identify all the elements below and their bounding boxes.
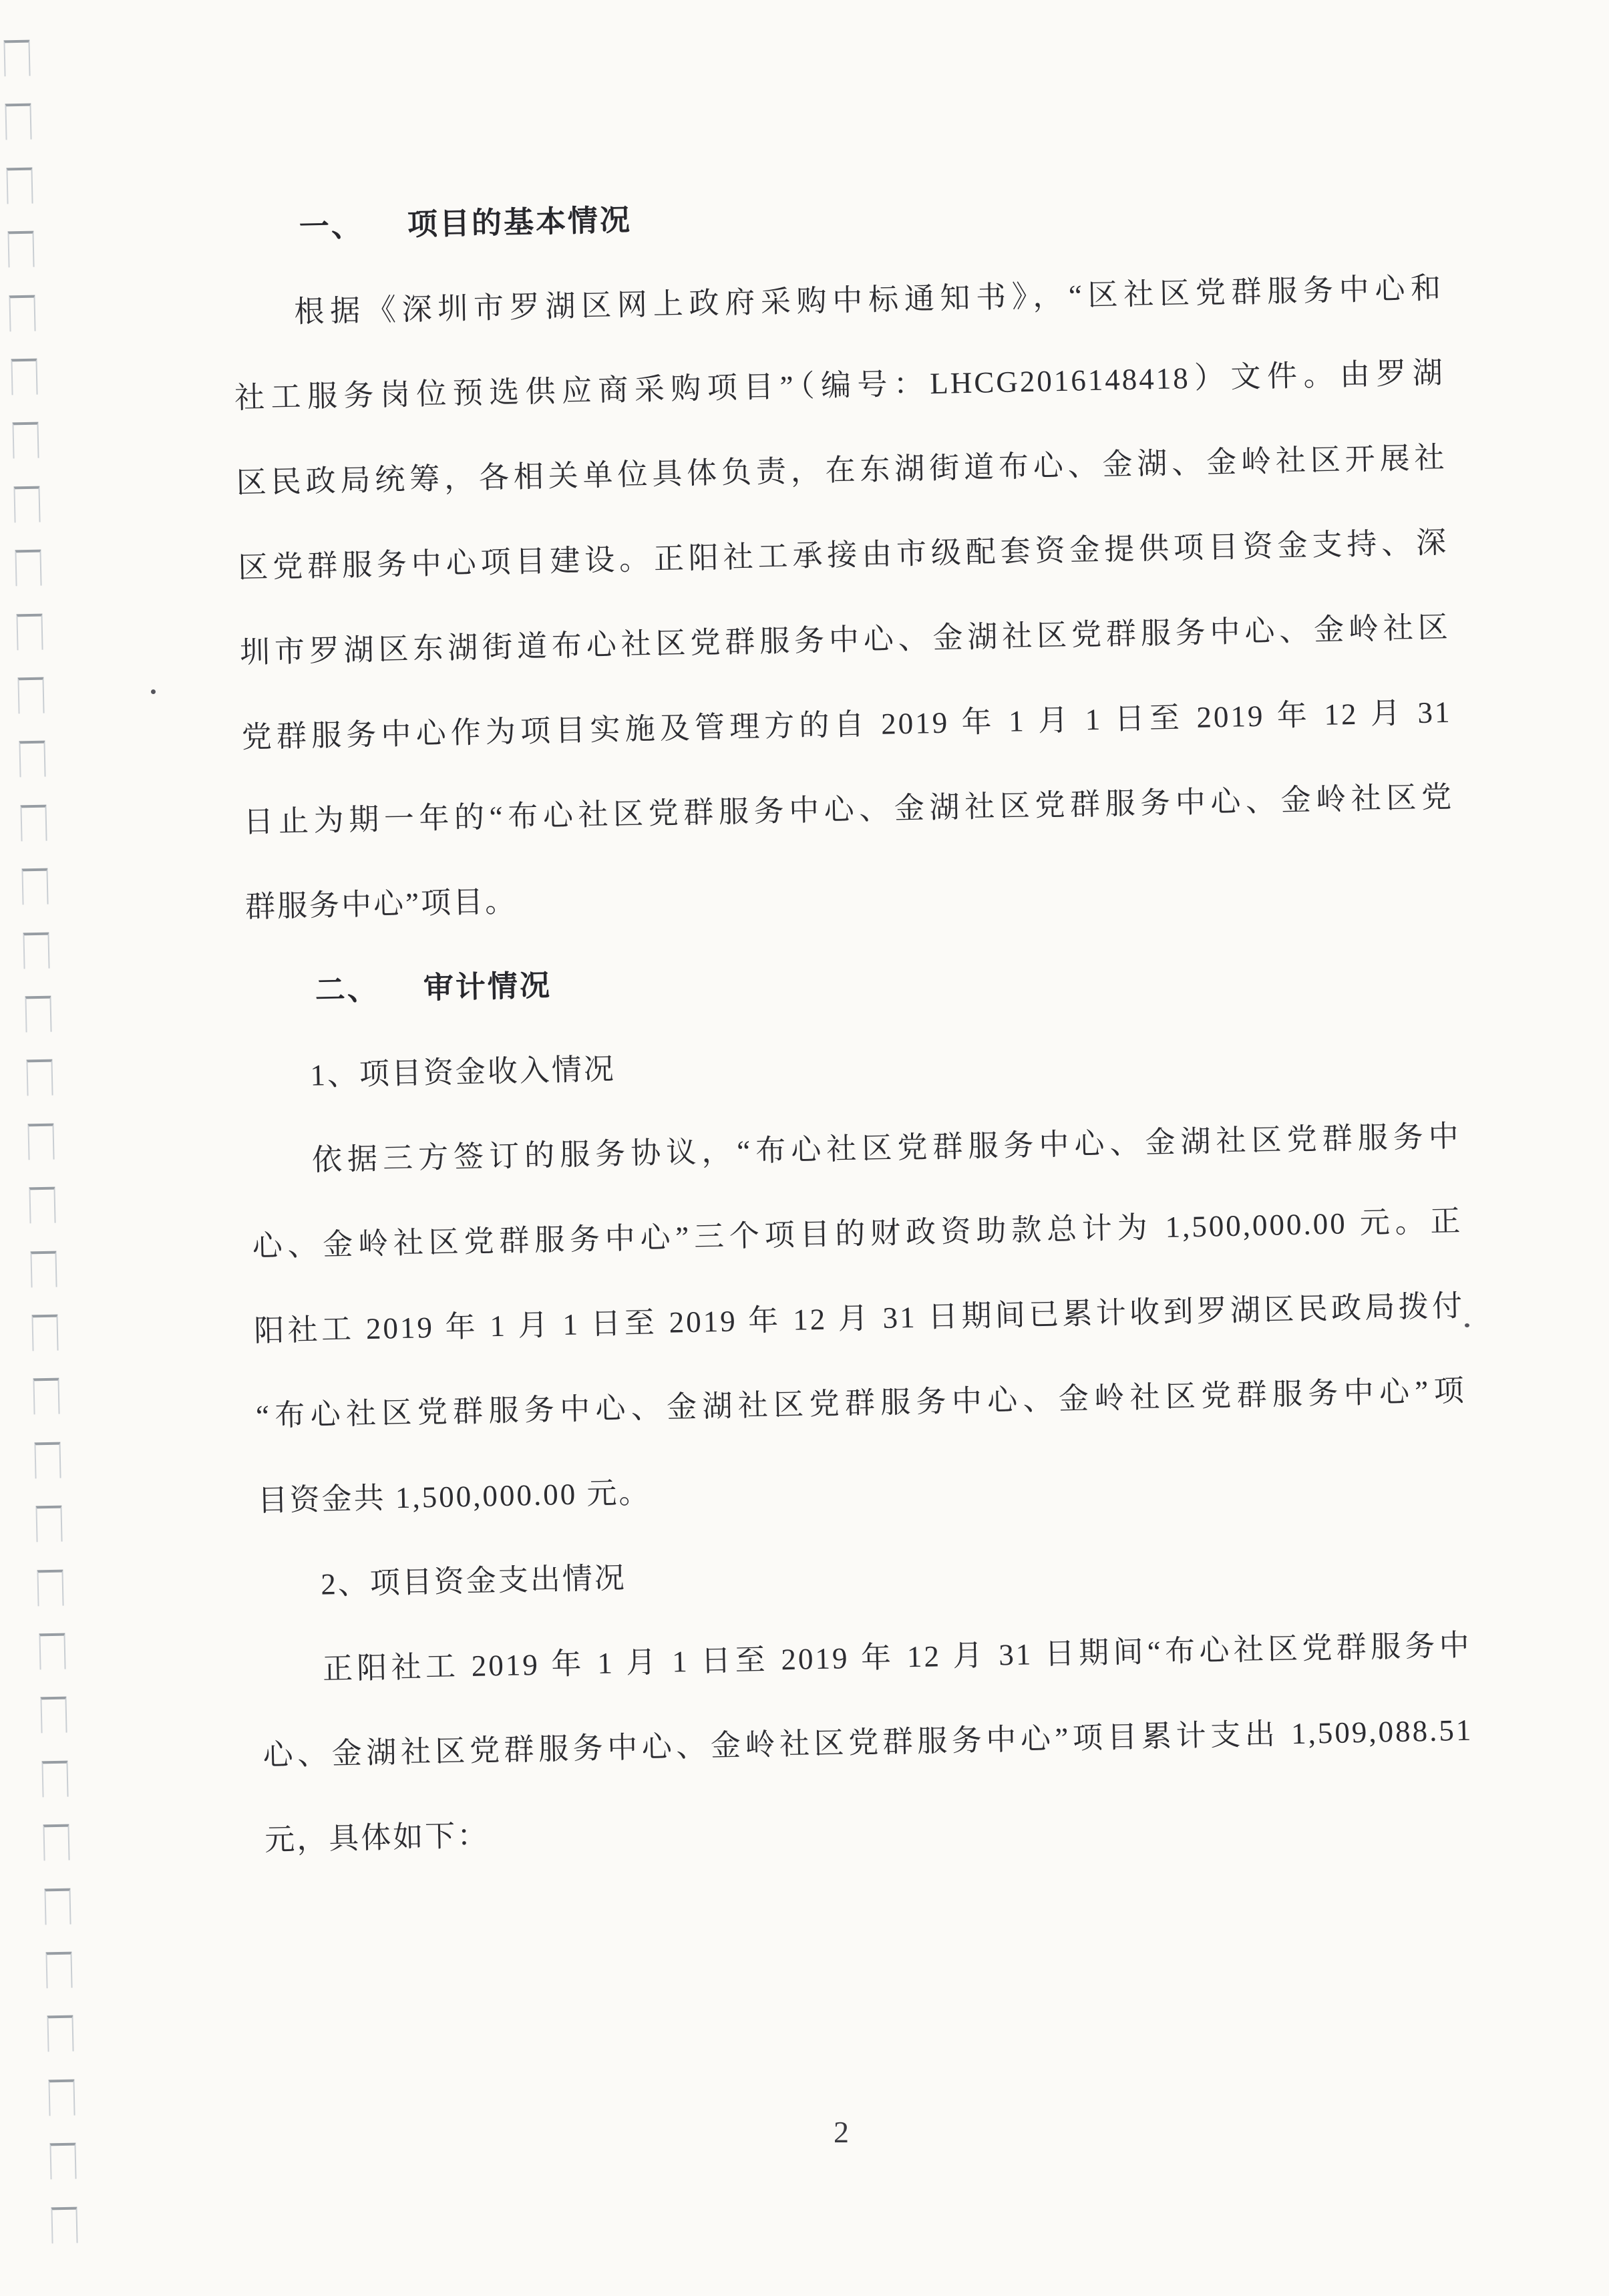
- binding-hole-icon: [12, 422, 39, 459]
- binding-hole-icon: [15, 550, 41, 587]
- binding-hole-icon: [43, 1824, 69, 1861]
- binding-hole-icon: [23, 932, 50, 969]
- document-content: 一、 项目的基本情况 根据《深圳市罗湖区网上政府采购中标通知书》，“区社区党群服…: [230, 176, 1476, 1898]
- document-page: 一、 项目的基本情况 根据《深圳市罗湖区网上政府采购中标通知书》，“区社区党群服…: [0, 0, 1609, 2296]
- heading-title: 审计情况: [423, 969, 552, 1005]
- binding-hole-icon: [19, 741, 46, 778]
- binding-hole-icon: [3, 40, 30, 77]
- heading-title: 项目的基本情况: [407, 203, 633, 241]
- binding-hole-icon: [31, 1315, 58, 1351]
- binding-hole-icon: [37, 1569, 64, 1606]
- binding-hole-icon: [8, 231, 35, 268]
- binding-hole-icon: [9, 295, 36, 331]
- binding-hole-icon: [7, 167, 33, 204]
- binding-hole-icon: [35, 1442, 61, 1478]
- heading-number: 一、: [299, 209, 363, 244]
- binding-hole-icon: [11, 359, 37, 395]
- heading-number: 二、: [315, 973, 379, 1007]
- binding-hole-icon: [40, 1697, 67, 1734]
- binding-hole-icon: [27, 1123, 54, 1160]
- binding-hole-icon: [26, 1059, 53, 1096]
- binding-hole-icon: [29, 1187, 55, 1224]
- binding-hole-icon: [25, 996, 51, 1033]
- binding-hole-icon: [16, 613, 43, 650]
- binding-hole-icon: [33, 1378, 60, 1415]
- binding-hole-icon: [30, 1251, 57, 1287]
- binding-hole-icon: [36, 1506, 63, 1542]
- binding-hole-icon: [17, 677, 44, 714]
- binding-hole-icon: [22, 868, 49, 905]
- binding-hole-icon: [50, 2143, 77, 2180]
- binding-hole-icon: [21, 804, 47, 841]
- binding-hole-icon: [5, 104, 32, 140]
- binding-hole-icon: [49, 2079, 75, 2116]
- binding-hole-icon: [39, 1633, 65, 1670]
- page-number: 2: [834, 2114, 849, 2150]
- binding-hole-icon: [51, 2206, 78, 2243]
- binding-hole-icon: [47, 2015, 74, 2052]
- scan-speck: [151, 689, 156, 694]
- binding-holes: [0, 0, 134, 2296]
- binding-hole-icon: [41, 1760, 68, 1797]
- binding-hole-icon: [44, 1888, 71, 1925]
- scan-speck: [1465, 1323, 1469, 1327]
- binding-hole-icon: [45, 1952, 72, 1989]
- binding-hole-icon: [13, 486, 40, 522]
